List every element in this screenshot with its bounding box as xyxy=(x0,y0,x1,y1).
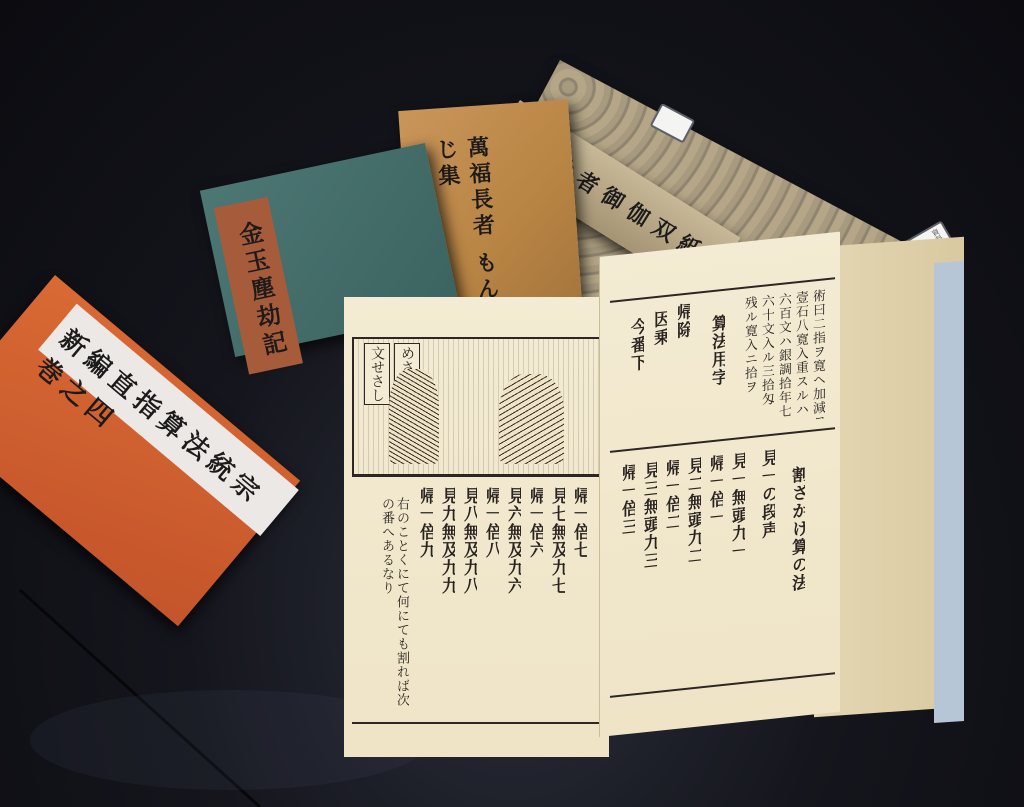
right-page-bottom-rule xyxy=(610,672,835,698)
right-page: 術曰二指ヲ寛ヘ加減ヲ以テ 壹石八寛入重スルハ 六百文ハ銀調拾年七 六十文入ル三拾… xyxy=(599,232,840,737)
text-column: 見七無及九七 xyxy=(550,487,565,607)
text-column: 壹石八寛入重スルハ xyxy=(793,290,808,422)
left-page-note: 右のことくにて何にても割れば次の番へあるなり xyxy=(364,497,409,707)
text-column: 帰一倍六 xyxy=(528,487,543,607)
text-column: 術曰二指ヲ寛ヘ加減ヲ以テ xyxy=(810,288,825,420)
text-column: 六百文ハ銀調拾年七 xyxy=(776,292,791,424)
text-column: 帰一倍九 xyxy=(418,487,433,607)
left-page: 文せさし めさし 帰一倍七 見七無及九七 帰一倍六 見六無及九六 帰一倍八 見八… xyxy=(344,297,609,757)
text-column: 帰一倍七 xyxy=(572,487,587,607)
blue-cover-edge xyxy=(934,261,964,723)
text-column: 帰一倍三 xyxy=(620,463,635,575)
text-column: 見二無頭九二 xyxy=(686,456,701,588)
library-label-top xyxy=(650,103,696,144)
text-column: 残ル寛入ニ拾ヲ xyxy=(742,295,757,427)
text-column: 見一の段声 xyxy=(760,449,775,581)
text-column: 見一無頭九一 xyxy=(730,452,745,584)
text-column: 因乗 xyxy=(652,310,667,372)
right-page-divider xyxy=(610,427,835,453)
section-header: 算法用字 xyxy=(710,314,725,426)
sign-left: 文せさし xyxy=(364,343,390,405)
illustration: 文せさし めさし xyxy=(352,337,606,476)
section-heading: 割ざかけ算の法 xyxy=(790,465,805,627)
text-column: 六十文入ル三拾匁 xyxy=(759,294,774,426)
text-column: 帰一倍八 xyxy=(484,487,499,607)
figure-merchant xyxy=(389,369,439,464)
text-column: 見九無及九九 xyxy=(440,487,455,607)
text-column: 帰一倍二 xyxy=(664,459,679,571)
text-column: 帰一倍一 xyxy=(708,454,723,566)
text-column: 帰除 xyxy=(675,302,690,364)
left-page-bottom-rule xyxy=(352,722,602,724)
left-page-divider xyxy=(352,475,602,477)
text-column: 今番下 xyxy=(629,317,644,389)
figure-scholar xyxy=(499,374,564,464)
text-column: 見八無及九八 xyxy=(462,487,477,607)
open-book: 文せさし めさし 帰一倍七 見七無及九七 帰一倍六 見六無及九六 帰一倍八 見八… xyxy=(344,232,969,760)
text-column: 見六無及九六 xyxy=(506,487,521,607)
text-column: 見三無頭九三 xyxy=(642,461,657,593)
